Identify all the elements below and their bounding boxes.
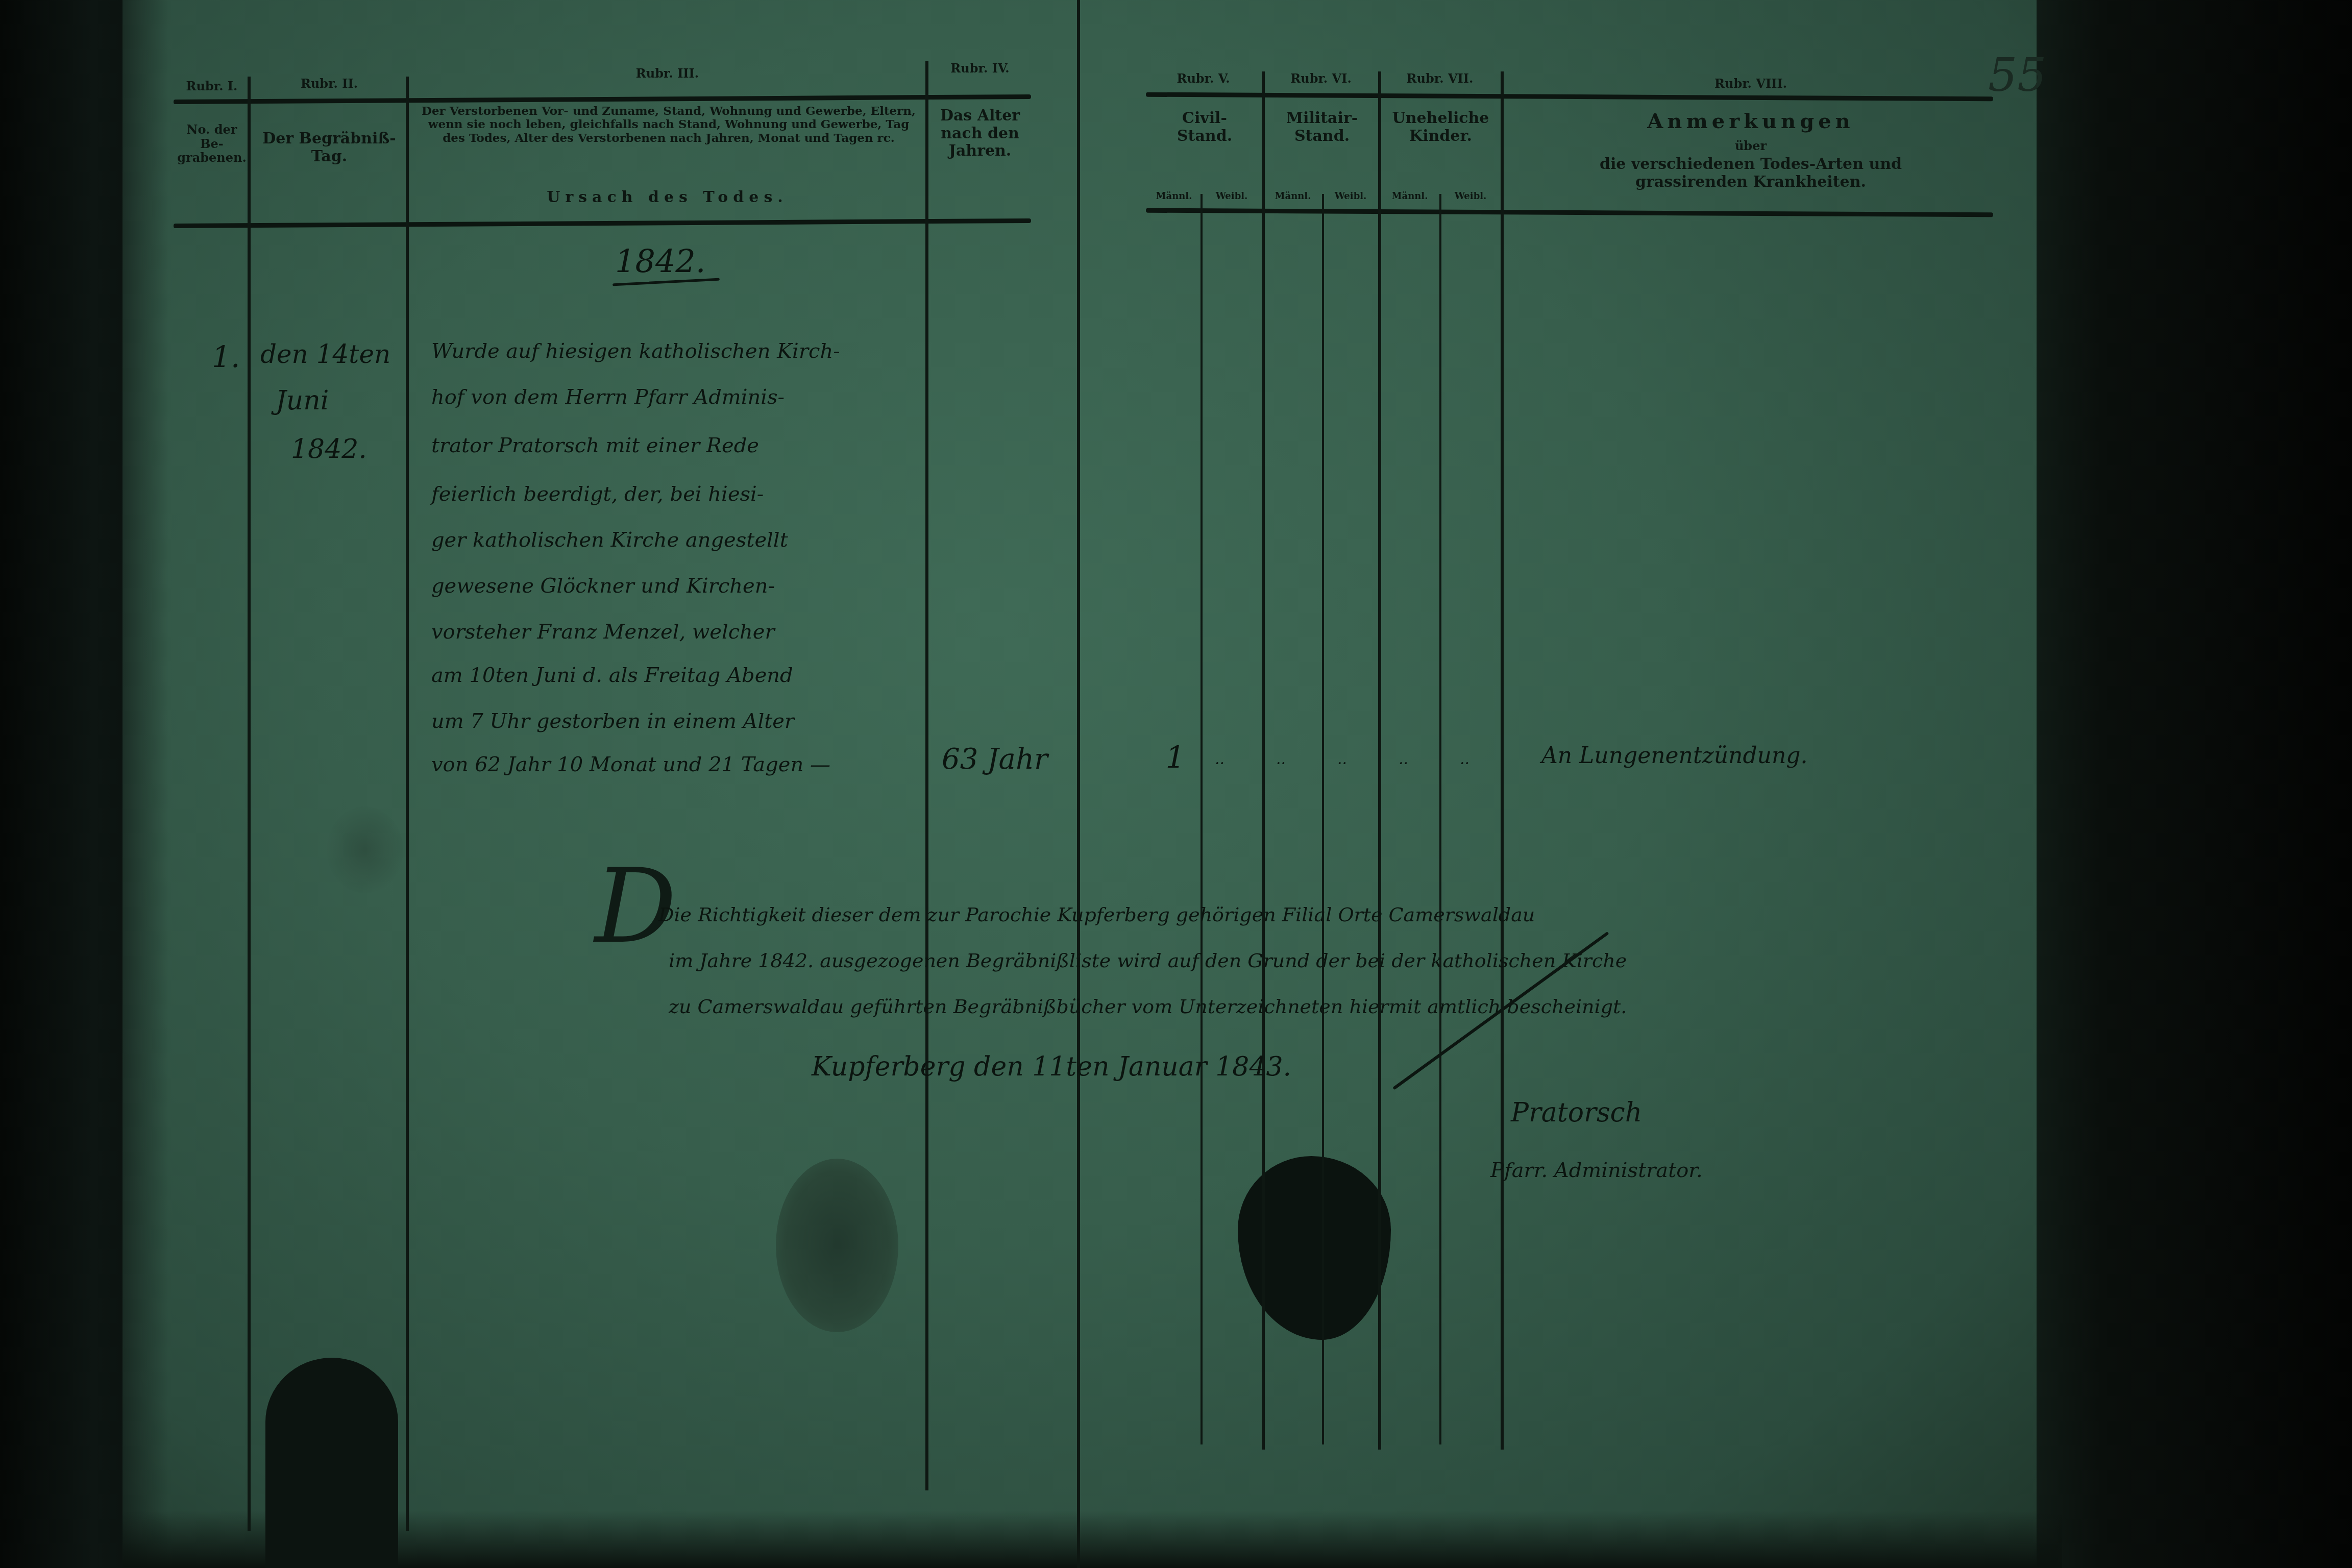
- rubric-heading-8-title: Anmerkungen: [1506, 110, 1996, 133]
- finger-shadow: [265, 1358, 398, 1568]
- description-line: um 7 Uhr gestorben in einem Alter: [431, 709, 794, 733]
- place-and-date: Kupferberg den 11ten Januar 1843.: [812, 1051, 1291, 1082]
- right-dark-margin: [2037, 0, 2352, 1568]
- rubric-heading-6: Militair- Stand.: [1271, 110, 1373, 145]
- rubric-heading-7: Uneheliche Kinder.: [1386, 110, 1496, 145]
- description-line: gewesene Glöckner und Kirchen-: [431, 574, 775, 598]
- description-line: ger katholischen Kirche angestellt: [431, 528, 788, 552]
- military-male-count: ..: [1276, 750, 1286, 768]
- entry-number: 1.: [212, 339, 240, 374]
- rubric-label-8: Rubr. VIII.: [1506, 77, 1996, 91]
- book-gutter: [1077, 0, 1080, 1568]
- rubric-7-male: Männl.: [1381, 191, 1438, 202]
- column-divider-rubr5-sub: [1200, 194, 1203, 1444]
- rubric-heading-5: Civil- Stand.: [1154, 110, 1256, 145]
- rubric-heading-2: Der Begräbniß-Tag.: [253, 130, 406, 165]
- military-female-count: ..: [1337, 750, 1347, 768]
- description-line: am 10ten Juni d. als Freitag Abend: [431, 664, 793, 687]
- column-divider-rubr6-sub: [1322, 194, 1324, 1444]
- column-divider-rubr2: [406, 77, 409, 1531]
- burial-date-line-3: 1842.: [291, 434, 367, 464]
- column-divider-rubr7-sub: [1439, 194, 1441, 1444]
- rubric-label-4: Rubr. IV.: [929, 61, 1031, 76]
- register-page-spread: [122, 0, 2062, 1568]
- illegitimate-male-count: ..: [1399, 750, 1408, 768]
- description-line: Wurde auf hiesigen katholischen Kirch-: [431, 339, 840, 363]
- column-divider-rubr6: [1378, 71, 1381, 1450]
- column-divider-rubr3: [925, 61, 928, 1490]
- rubric-heading-8-rest: die verschiedenen Todes-Arten und grassi…: [1572, 156, 1929, 191]
- rubric-label-3: Rubr. III.: [411, 66, 924, 81]
- signature-title: Pfarr. Administrator.: [1490, 1159, 1703, 1182]
- rubric-heading-8-mid: über: [1506, 139, 1996, 153]
- entry-remarks: An Lungenentzündung.: [1541, 743, 1807, 769]
- rubric-6-female: Weibl.: [1325, 191, 1376, 202]
- description-line: von 62 Jahr 10 Monat und 21 Tagen —: [431, 753, 830, 776]
- certification-line: im Jahre 1842. ausgezogenen Begräbnißlis…: [669, 949, 1627, 972]
- rubric-7-female: Weibl.: [1442, 191, 1499, 202]
- certification-line: zu Camerswaldau geführten Begräbnißbüche…: [669, 995, 1627, 1018]
- rubric-subheading-3: Ursach des Todes.: [411, 189, 924, 207]
- left-dark-margin: [0, 0, 168, 1568]
- column-divider-rubr1: [248, 77, 251, 1531]
- description-line: vorsteher Franz Menzel, welcher: [431, 620, 775, 644]
- ink-blot-stain: [776, 1159, 898, 1332]
- paper-stain: [327, 806, 403, 893]
- rubric-6-male: Männl.: [1265, 191, 1321, 202]
- rubric-label-1: Rubr. I.: [176, 79, 248, 93]
- description-line: hof von dem Herrn Pfarr Adminis-: [431, 385, 785, 409]
- civil-male-count: 1: [1151, 740, 1199, 776]
- rubric-heading-3: Der Verstorbenen Vor- und Zuname, Stand,…: [419, 105, 919, 145]
- rubric-5-male: Männl.: [1147, 191, 1200, 202]
- illegitimate-female-count: ..: [1460, 750, 1469, 768]
- description-line: trator Pratorsch mit einer Rede: [431, 434, 759, 457]
- rubric-label-6: Rubr. VI.: [1265, 71, 1377, 86]
- bottom-shadow: [122, 1511, 2062, 1568]
- page-number: 55: [1988, 48, 2047, 102]
- description-line: feierlich beerdigt, der, bei hiesi-: [431, 482, 764, 506]
- burial-date-line-1: den 14ten: [260, 339, 390, 369]
- certification-line: Die Richtigkeit dieser dem zur Parochie …: [658, 903, 1535, 926]
- year-heading: 1842.: [615, 242, 706, 280]
- signature: Pratorsch: [1511, 1097, 1642, 1128]
- rubric-5-female: Weibl.: [1204, 191, 1260, 202]
- burial-date-line-2: Juni: [276, 385, 329, 416]
- rubric-heading-4: Das Alter nach den Jahren.: [934, 107, 1026, 160]
- civil-female-count: ..: [1215, 750, 1224, 768]
- rubric-label-5: Rubr. V.: [1146, 71, 1261, 86]
- entry-age: 63 Jahr: [942, 743, 1048, 776]
- rubric-heading-1: No. der Be- grabenen.: [176, 122, 248, 165]
- column-divider-rubr5: [1262, 71, 1265, 1450]
- column-divider-rubr7: [1501, 71, 1504, 1450]
- rubric-label-7: Rubr. VII.: [1381, 71, 1499, 86]
- rubric-label-2: Rubr. II.: [253, 77, 406, 91]
